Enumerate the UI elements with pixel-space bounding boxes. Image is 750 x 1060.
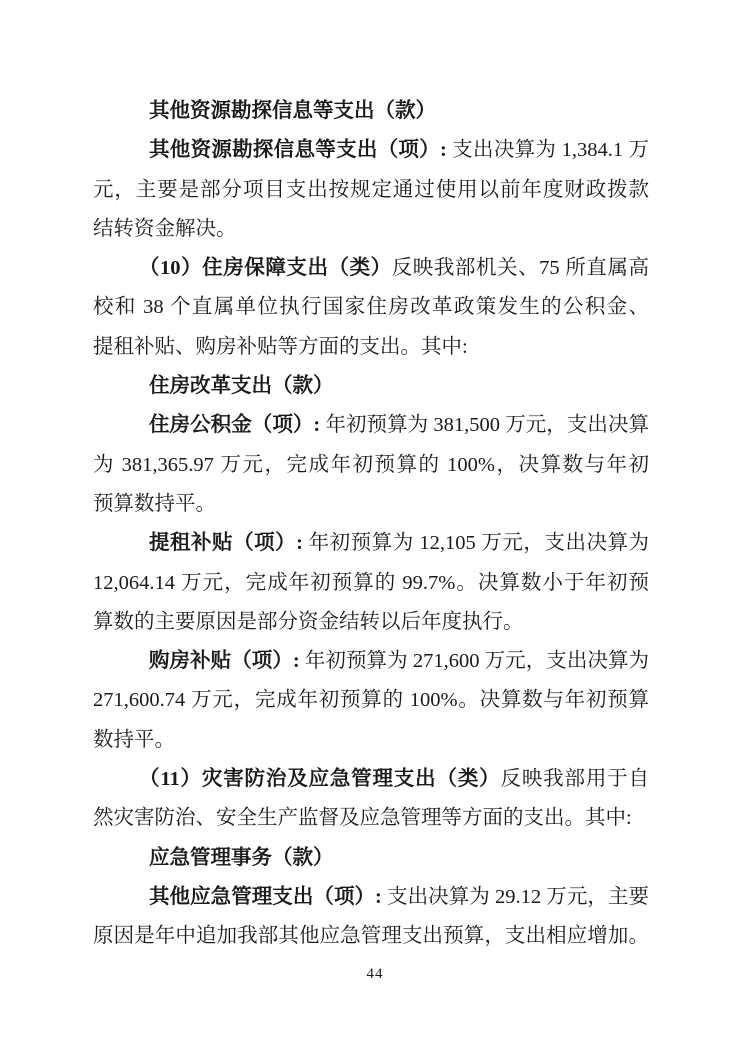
body-text: 反映我部用于自 <box>501 768 650 790</box>
heading-text: 提租补贴（项）: <box>149 532 303 554</box>
text-line: 为 381,365.97 万元，完成年初预算的 100%，决算数与年初 <box>93 446 649 485</box>
body-text: 12,064.14 万元，完成年初预算的 99.7%。决算数小于年初预 <box>93 572 649 594</box>
body-text: 支出决算为 29.12 万元，主要 <box>382 886 649 908</box>
body-text: 预算数持平。 <box>93 493 216 515</box>
text-line: 其他应急管理支出（项）: 支出决算为 29.12 万元，主要 <box>93 878 649 917</box>
heading-text: 住房公积金（项）: <box>149 414 320 436</box>
text-line: 预算数持平。 <box>93 485 649 524</box>
text-line: 算数的主要原因是部分资金结转以后年度执行。 <box>93 603 649 642</box>
body-text: 为 381,365.97 万元，完成年初预算的 100%，决算数与年初 <box>93 454 649 476</box>
body-text: 算数的主要原因是部分资金结转以后年度执行。 <box>93 611 524 633</box>
text-line: 数持平。 <box>93 721 649 760</box>
heading-text: 住房改革支出（款） <box>149 375 334 397</box>
heading-text: 其他应急管理支出（项）: <box>149 886 382 908</box>
text-line: 校和 38 个直属单位执行国家住房改革政策发生的公积金、 <box>93 288 649 327</box>
text-line: 购房补贴（项）: 年初预算为 271,600 万元，支出决算为 <box>93 642 649 681</box>
heading-text: （10）住房保障支出（类） <box>139 257 392 279</box>
body-text: 反映我部机关、75 所直属高 <box>392 257 649 279</box>
body-text: 元，主要是部分项目支出按规定通过使用以前年度财政拨款 <box>93 179 649 201</box>
body-text: 提租补贴、购房补贴等方面的支出。其中: <box>93 336 468 358</box>
text-line: 住房公积金（项）: 年初预算为 381,500 万元，支出决算 <box>93 406 649 445</box>
body-text: 数持平。 <box>93 729 175 751</box>
text-line: 结转资金解决。 <box>93 210 649 249</box>
page-number: 44 <box>0 966 750 983</box>
text-line: 应急管理事务（款） <box>93 839 649 878</box>
text-line: （11）灾害防治及应急管理支出（类）反映我部用于自 <box>93 760 649 799</box>
body-text: 原因是年中追加我部其他应急管理支出预算，支出相应增加。 <box>93 925 649 947</box>
text-line: 提租补贴（项）: 年初预算为 12,105 万元，支出决算为 <box>93 524 649 563</box>
text-line: 271,600.74 万元，完成年初预算的 100%。决算数与年初预算 <box>93 681 649 720</box>
text-line: 元，主要是部分项目支出按规定通过使用以前年度财政拨款 <box>93 171 649 210</box>
text-line: （10）住房保障支出（类）反映我部机关、75 所直属高 <box>93 249 649 288</box>
body-text: 年初预算为 271,600 万元，支出决算为 <box>300 650 649 672</box>
text-line: 住房改革支出（款） <box>93 367 649 406</box>
body-text: 校和 38 个直属单位执行国家住房改革政策发生的公积金、 <box>93 296 649 318</box>
body-text: 支出决算为 1,384.1 万 <box>447 139 649 161</box>
document-body: 其他资源勘探信息等支出（款）其他资源勘探信息等支出（项）: 支出决算为 1,38… <box>93 92 649 957</box>
text-line: 其他资源勘探信息等支出（款） <box>93 92 649 131</box>
body-text: 年初预算为 12,105 万元，支出决算为 <box>303 532 649 554</box>
body-text: 年初预算为 381,500 万元，支出决算 <box>320 414 649 436</box>
text-line: 然灾害防治、安全生产监督及应急管理等方面的支出。其中: <box>93 799 649 838</box>
body-text: 271,600.74 万元，完成年初预算的 100%。决算数与年初预算 <box>93 689 649 711</box>
body-text: 然灾害防治、安全生产监督及应急管理等方面的支出。其中: <box>93 807 632 829</box>
text-line: 12,064.14 万元，完成年初预算的 99.7%。决算数小于年初预 <box>93 564 649 603</box>
text-line: 提租补贴、购房补贴等方面的支出。其中: <box>93 328 649 367</box>
body-text: 结转资金解决。 <box>93 218 237 240</box>
heading-text: 其他资源勘探信息等支出（款） <box>149 100 436 122</box>
text-line: 其他资源勘探信息等支出（项）: 支出决算为 1,384.1 万 <box>93 131 649 170</box>
heading-text: 其他资源勘探信息等支出（项）: <box>149 139 447 161</box>
heading-text: 应急管理事务（款） <box>149 847 334 869</box>
text-line: 原因是年中追加我部其他应急管理支出预算，支出相应增加。 <box>93 917 649 956</box>
heading-text: 购房补贴（项）: <box>149 650 300 672</box>
heading-text: （11）灾害防治及应急管理支出（类） <box>139 768 501 790</box>
document-page: 其他资源勘探信息等支出（款）其他资源勘探信息等支出（项）: 支出决算为 1,38… <box>0 0 750 1060</box>
